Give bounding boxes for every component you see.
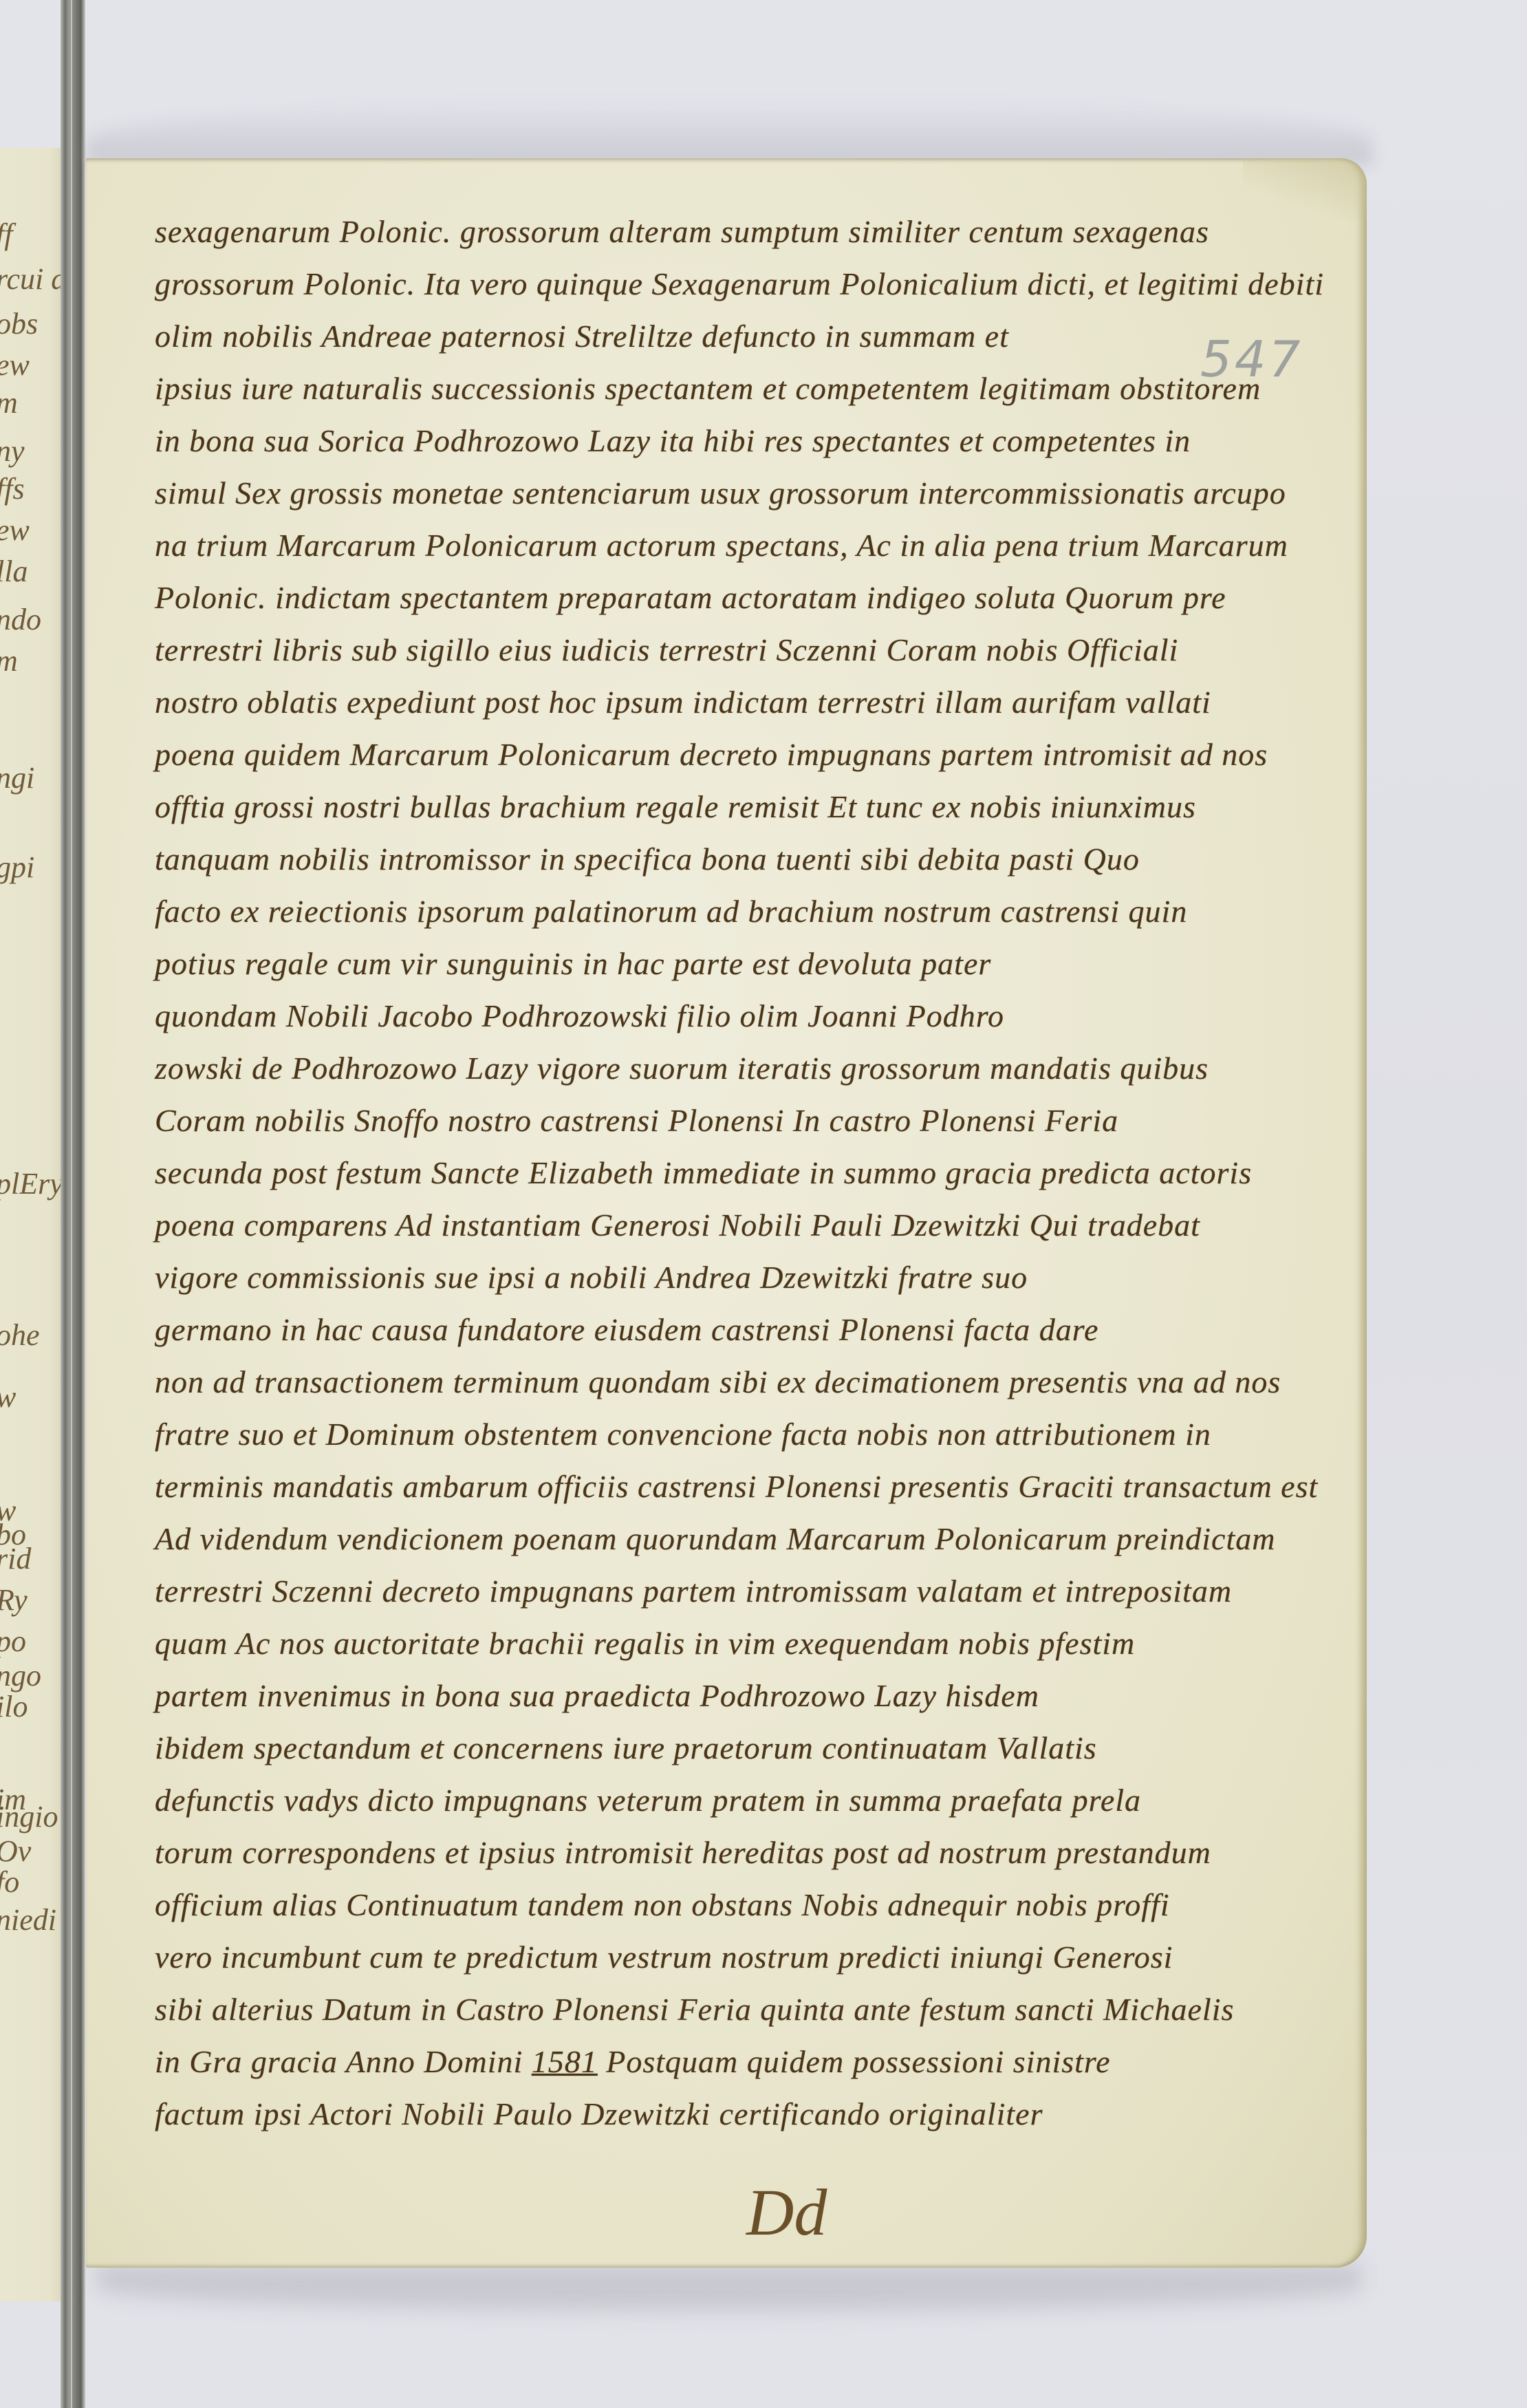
manuscript-line: na trium Marcarum Polonicarum actorum sp… [155, 527, 1288, 563]
left-page-fragment: rid [0, 1541, 31, 1576]
manuscript-line: factum ipsi Actori Nobili Paulo Dzewitzk… [155, 2096, 1043, 2132]
manuscript-line: quam Ac nos auctoritate brachii regalis … [155, 1625, 1135, 1662]
left-page-fragment: ew [0, 513, 30, 548]
manuscript-line: facto ex reiectionis ipsorum palatinorum… [155, 893, 1187, 929]
left-facing-page: ffrcui dobsewmnyffsewllandomngigpiplEryo… [0, 148, 62, 2301]
left-page-fragment: ny [0, 433, 25, 469]
manuscript-line: vigore commissionis sue ipsi a nobili An… [155, 1259, 1028, 1296]
manuscript-line: sibi alterius Datum in Castro Plonensi F… [155, 1991, 1234, 2028]
manuscript-line: poena quidem Marcarum Polonicarum decret… [155, 736, 1268, 773]
manuscript-line: nostro oblatis expediunt post hoc ipsum … [155, 684, 1211, 720]
manuscript-line: terrestri libris sub sigillo eius iudici… [155, 632, 1178, 668]
left-page-fragment: ingio [0, 1799, 58, 1834]
manuscript-line: Coram nobilis Snoffo nostro castrensi Pl… [155, 1102, 1118, 1139]
left-page-fragment: obs [0, 306, 38, 341]
left-page-fragment: ilo [0, 1689, 28, 1724]
left-page-fragment: ndo [0, 602, 41, 637]
manuscript-line: ibidem spectandum et concernens iure pra… [155, 1730, 1097, 1766]
left-page-fragment: m [0, 385, 18, 420]
left-page-fragment: ffs [0, 471, 25, 506]
page-corner-fold [1243, 158, 1367, 220]
left-page-fragment: ff [0, 217, 12, 252]
manuscript-line: torum correspondens et ipsius intromisit… [155, 1834, 1211, 1871]
manuscript-line: secunda post festum Sancte Elizabeth imm… [155, 1154, 1252, 1191]
year-underlined: 1581 [532, 2044, 598, 2079]
left-page-fragment: m [0, 643, 18, 678]
left-page-fragment: niedi [0, 1902, 56, 1937]
left-page-fragment: w [0, 1379, 16, 1415]
left-page-fragment: gpi [0, 850, 34, 885]
manuscript-line: Ad videndum vendicionem poenam quorundam… [155, 1520, 1275, 1557]
left-page-fragment: po [0, 1624, 26, 1659]
left-page-fragment: ew [0, 347, 30, 383]
manuscript-line: simul Sex grossis monetae sentenciarum u… [155, 475, 1286, 511]
manuscript-line: Polonic. indictam spectantem preparatam … [155, 579, 1226, 616]
manuscript-line: vero incumbunt cum te predictum vestrum … [155, 1939, 1173, 1975]
left-page-fragment: ohe [0, 1318, 40, 1353]
manuscript-line: officium alias Continuatum tandem non ob… [155, 1886, 1170, 1923]
manuscript-line: poena comparens Ad instantiam Generosi N… [155, 1207, 1200, 1243]
manuscript-line: terminis mandatis ambarum officiis castr… [155, 1468, 1318, 1505]
manuscript-line: tanquam nobilis intromissor in specifica… [155, 841, 1140, 877]
left-page-fragment: ngi [0, 760, 34, 795]
page-shadow-top [86, 103, 1372, 165]
manuscript-line: in bona sua Sorica Podhrozowo Lazy ita h… [155, 422, 1191, 459]
signature-flourish: Dd [746, 2174, 827, 2250]
left-page-fragment: ngo [0, 1658, 41, 1693]
manuscript-line: zowski de Podhrozowo Lazy vigore suorum … [155, 1050, 1209, 1086]
manuscript-line: potius regale cum vir sunguinis in hac p… [155, 945, 991, 982]
manuscript-line: grossorum Polonic. Ita vero quinque Sexa… [155, 266, 1324, 302]
manuscript-line: fratre suo et Dominum obstentem convenci… [155, 1416, 1211, 1452]
manuscript-line: in Gra gracia Anno Domini 1581 Postquam … [155, 2043, 1111, 2080]
left-page-fragment: fo [0, 1864, 19, 1900]
left-page-fragment: lla [0, 554, 28, 589]
manuscript-line: terrestri Sczenni decreto impugnans part… [155, 1573, 1232, 1609]
manuscript-line: non ad transactionem terminum quondam si… [155, 1364, 1281, 1400]
manuscript-line: quondam Nobili Jacobo Podhrozowski filio… [155, 998, 1004, 1034]
page-shadow-bottom [96, 2264, 1362, 2312]
manuscript-line: defunctis vadys dicto impugnans veterum … [155, 1782, 1141, 1818]
book-spine-frame [61, 0, 85, 2408]
left-page-fragment: rcui d [0, 261, 62, 297]
manuscript-line: offtia grossi nostri bullas brachium reg… [155, 788, 1196, 825]
manuscript-line: sexagenarum Polonic. grossorum alteram s… [155, 213, 1209, 250]
left-page-fragment: plEry [0, 1166, 62, 1201]
left-page-fragment: Ry [0, 1582, 28, 1617]
manuscript-line: olim nobilis Andreae paternosi Streliltz… [155, 318, 1009, 354]
manuscript-page: 547 sexagenarum Polonic. grossorum alter… [86, 158, 1367, 2268]
manuscript-line: germano in hac causa fundatore eiusdem c… [155, 1311, 1098, 1348]
left-page-fragment: Ov [0, 1834, 31, 1869]
manuscript-line: ipsius iure naturalis successionis spect… [155, 370, 1261, 407]
manuscript-line: partem invenimus in bona sua praedicta P… [155, 1677, 1039, 1714]
